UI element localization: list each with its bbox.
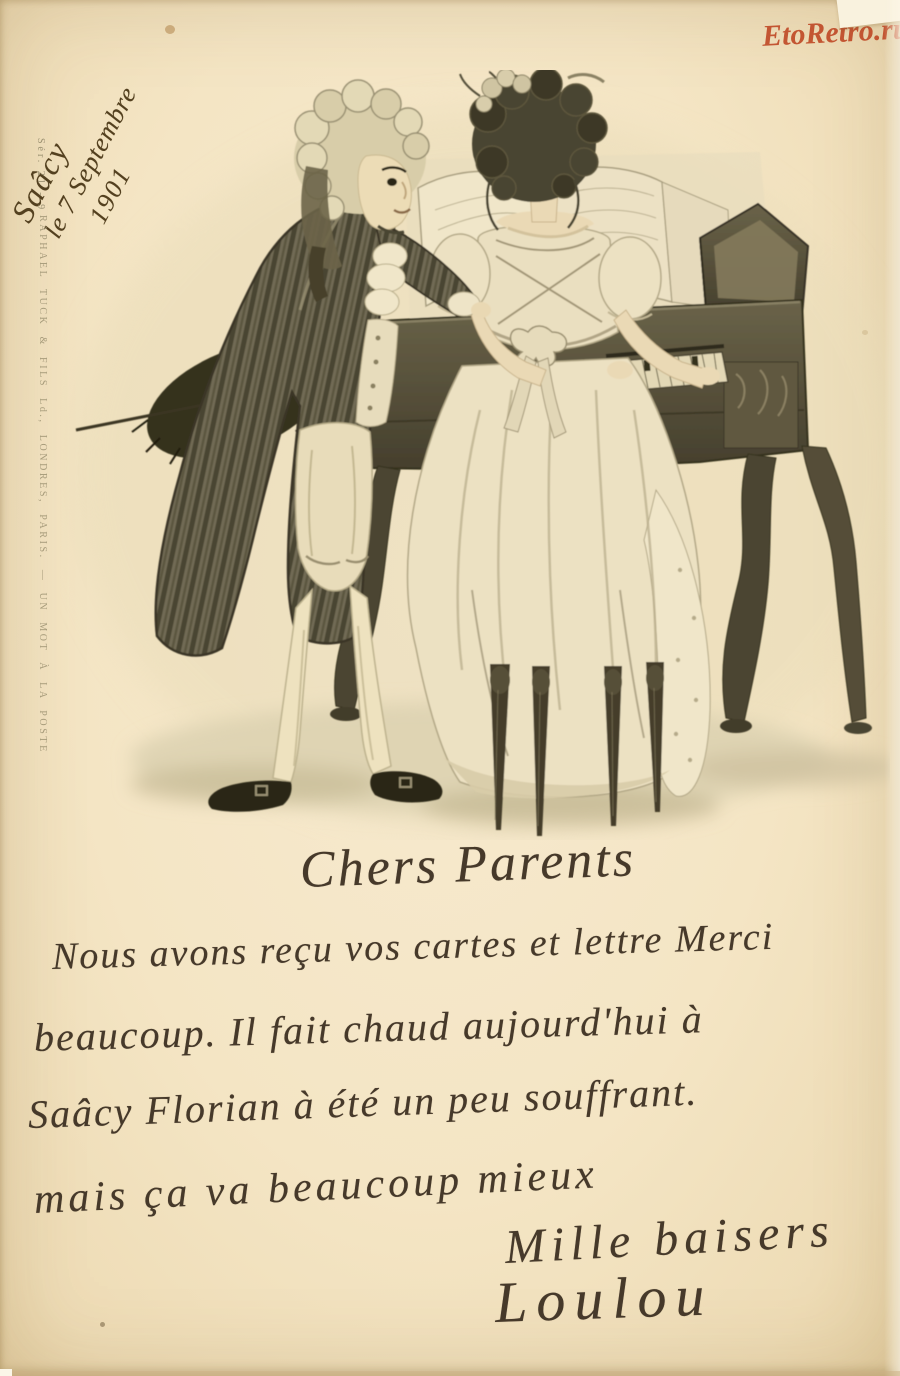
card-edge-right — [884, 0, 900, 1376]
message-salutation: Chers Parents — [299, 833, 637, 897]
spine-publisher-imprint: RAPHAEL TUCK & FILS Ld., LONDRES, PARIS.… — [37, 215, 48, 754]
card-edge-bottom — [0, 1371, 900, 1376]
message-line-2: beaucoup. Il fait chaud aujourd'hui à — [33, 999, 704, 1058]
message-line-3: Saâcy Florian à été un peu souffrant. — [27, 1072, 699, 1135]
message-signature: Loulou — [494, 1266, 714, 1332]
message-closing: Mille baisers — [504, 1207, 836, 1272]
message-line-4: mais ça va beaucoup mieux — [33, 1153, 599, 1221]
spine-series-number: Sér. 21 - 9 — [35, 138, 46, 212]
postcard: EtoRetro.ru Saâcy le 7 Septembre 1901 Sé… — [0, 0, 900, 1376]
paper-speck — [100, 1322, 105, 1327]
postcard-illustration — [60, 70, 890, 840]
paper-speck — [862, 330, 868, 335]
message-line-1: Nous avons reçu vos cartes et lettre Mer… — [51, 918, 774, 976]
card-edge-corner — [0, 1369, 12, 1376]
paper-speck — [165, 25, 175, 34]
